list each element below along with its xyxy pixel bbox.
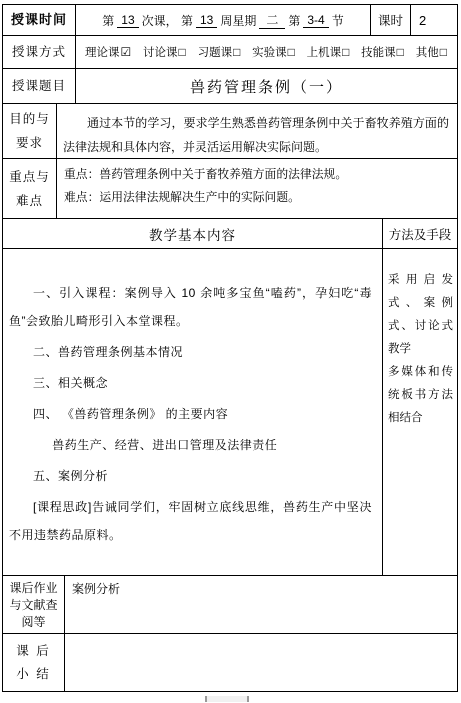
option-discussion-label: 讨论课 [143, 47, 178, 59]
homework-label: 课后作业 与文献查 阅等 [3, 576, 65, 633]
discussion-checkbox-icon: □ [179, 45, 186, 59]
content-item-3: 三、相关概念 [9, 369, 372, 397]
row-teaching-time: 授课时间 第 13 次课， 第 13 周星期 二 第 3-4 节 课时 2 [3, 5, 457, 36]
class-hours-label: 课时 [371, 5, 411, 35]
schedule-prefix: 第 [102, 12, 114, 29]
computer-checkbox-icon: □ [342, 45, 349, 59]
purpose-paragraph: 通过本节的学习，要求学生熟悉兽药管理条例中关于畜牧养殖方面的法律法规和具体内容，… [63, 111, 449, 158]
skill-checkbox-icon: □ [397, 45, 404, 59]
row-content-header: 教学基本内容 方法及手段 [3, 219, 457, 249]
option-skill-class: 技能课□ [361, 44, 404, 60]
option-other-class: 其他□ [416, 44, 447, 60]
difficulty-line: 难点：运用法律法规解决生产中的实际问题。 [64, 186, 449, 209]
schedule-suffix: 节 [332, 12, 344, 29]
teaching-time-value: 第 13 次课， 第 13 周星期 二 第 3-4 节 [76, 5, 371, 35]
content-header-right: 方法及手段 [383, 219, 457, 248]
content-item-2: 二、兽药管理条例基本情况 [9, 338, 372, 366]
option-computer-label: 上机课 [307, 47, 342, 59]
lecture-title-value: 兽药管理条例（一） [76, 69, 457, 103]
schedule-mid3: 第 [288, 12, 300, 29]
theory-checkbox-checked-icon: ☑ [121, 45, 132, 59]
summary-label: 课 后 小 结 [3, 634, 65, 691]
row-purpose: 目的与 要求 通过本节的学习，要求学生熟悉兽药管理条例中关于畜牧养殖方面的法律法… [3, 104, 457, 159]
scrollbar-fragment[interactable] [205, 696, 249, 702]
week-number: 13 [196, 13, 217, 28]
schedule-mid1: 次课， 第 [142, 12, 193, 29]
content-item-1: 一、引入课程：案例导入 10 余吨多宝鱼“嗑药”，孕妇吃“毒鱼”会致胎儿畸形引入… [9, 279, 372, 335]
lesson-plan-page: 授课时间 第 13 次课， 第 13 周星期 二 第 3-4 节 课时 2 授课… [0, 0, 461, 703]
option-experiment-label: 实验课 [252, 47, 287, 59]
teaching-content: 一、引入课程：案例导入 10 余吨多宝鱼“嗑药”，孕妇吃“毒鱼”会致胎儿畸形引入… [3, 249, 383, 575]
option-other-label: 其他 [416, 47, 439, 59]
experiment-checkbox-icon: □ [288, 45, 295, 59]
row-lecture-title: 授课题目 兽药管理条例（一） [3, 69, 457, 104]
row-keypoints: 重点与 难点 重点：兽药管理条例中关于畜牧养殖方面的法律法规。 难点：运用法律法… [3, 159, 457, 219]
schedule-mid2: 周星期 [220, 12, 256, 29]
lecture-title-label: 授课题目 [3, 69, 76, 103]
weekday-value: 二 [259, 11, 285, 29]
content-item-4-sub: 兽药生产、经营、进出口管理及法律责任 [9, 431, 372, 459]
keypoints-label: 重点与 难点 [3, 159, 57, 218]
option-theory-class: 理论课☑ [85, 44, 131, 60]
content-item-5: 五、案例分析 [9, 462, 372, 490]
other-checkbox-icon: □ [440, 45, 447, 59]
option-exercise-label: 习题课 [198, 47, 233, 59]
teaching-time-label: 授课时间 [3, 5, 76, 35]
option-computer-class: 上机课□ [307, 44, 350, 60]
content-ideology-note: [课程思政]告诫同学们，牢固树立底线思维，兽药生产中坚决不用违禁药品原料。 [9, 493, 372, 549]
row-main-content: 一、引入课程：案例导入 10 余吨多宝鱼“嗑药”，孕妇吃“毒鱼”会致胎儿畸形引入… [3, 249, 457, 576]
purpose-content: 通过本节的学习，要求学生熟悉兽药管理条例中关于畜牧养殖方面的法律法规和具体内容，… [57, 104, 457, 158]
teaching-method-label: 授课方式 [3, 36, 76, 68]
row-homework: 课后作业 与文献查 阅等 案例分析 [3, 576, 457, 634]
option-discussion-class: 讨论课□ [143, 44, 186, 60]
lesson-number: 13 [117, 13, 138, 28]
option-skill-label: 技能课 [361, 47, 396, 59]
content-item-4: 四、 《兽药管理条例》 的主要内容 [9, 400, 372, 428]
period-value: 3-4 [303, 13, 328, 28]
keypoint-line: 重点：兽药管理条例中关于畜牧养殖方面的法律法规。 [64, 163, 449, 186]
row-summary: 课 后 小 结 [3, 634, 457, 691]
lesson-plan-table: 授课时间 第 13 次课， 第 13 周星期 二 第 3-4 节 课时 2 授课… [2, 4, 458, 692]
content-header-left: 教学基本内容 [3, 219, 383, 248]
option-exercise-class: 习题课□ [198, 44, 241, 60]
option-theory-label: 理论课 [85, 47, 120, 59]
purpose-label: 目的与 要求 [3, 104, 57, 158]
homework-content: 案例分析 [65, 576, 457, 633]
option-experiment-class: 实验课□ [252, 44, 295, 60]
keypoints-content: 重点：兽药管理条例中关于畜牧养殖方面的法律法规。 难点：运用法律法规解决生产中的… [57, 159, 457, 218]
summary-content [65, 634, 457, 691]
exercise-checkbox-icon: □ [233, 45, 240, 59]
methods-content: 采用启发式、案例式、讨论式教学 多媒体和传统板书方法相结合 [383, 249, 457, 575]
class-hours-value: 2 [411, 5, 457, 35]
row-teaching-method: 授课方式 理论课☑ 讨论课□ 习题课□ 实验课□ 上机课□ 技能课□ 其他□ [3, 36, 457, 69]
teaching-method-options: 理论课☑ 讨论课□ 习题课□ 实验课□ 上机课□ 技能课□ 其他□ [76, 36, 457, 68]
